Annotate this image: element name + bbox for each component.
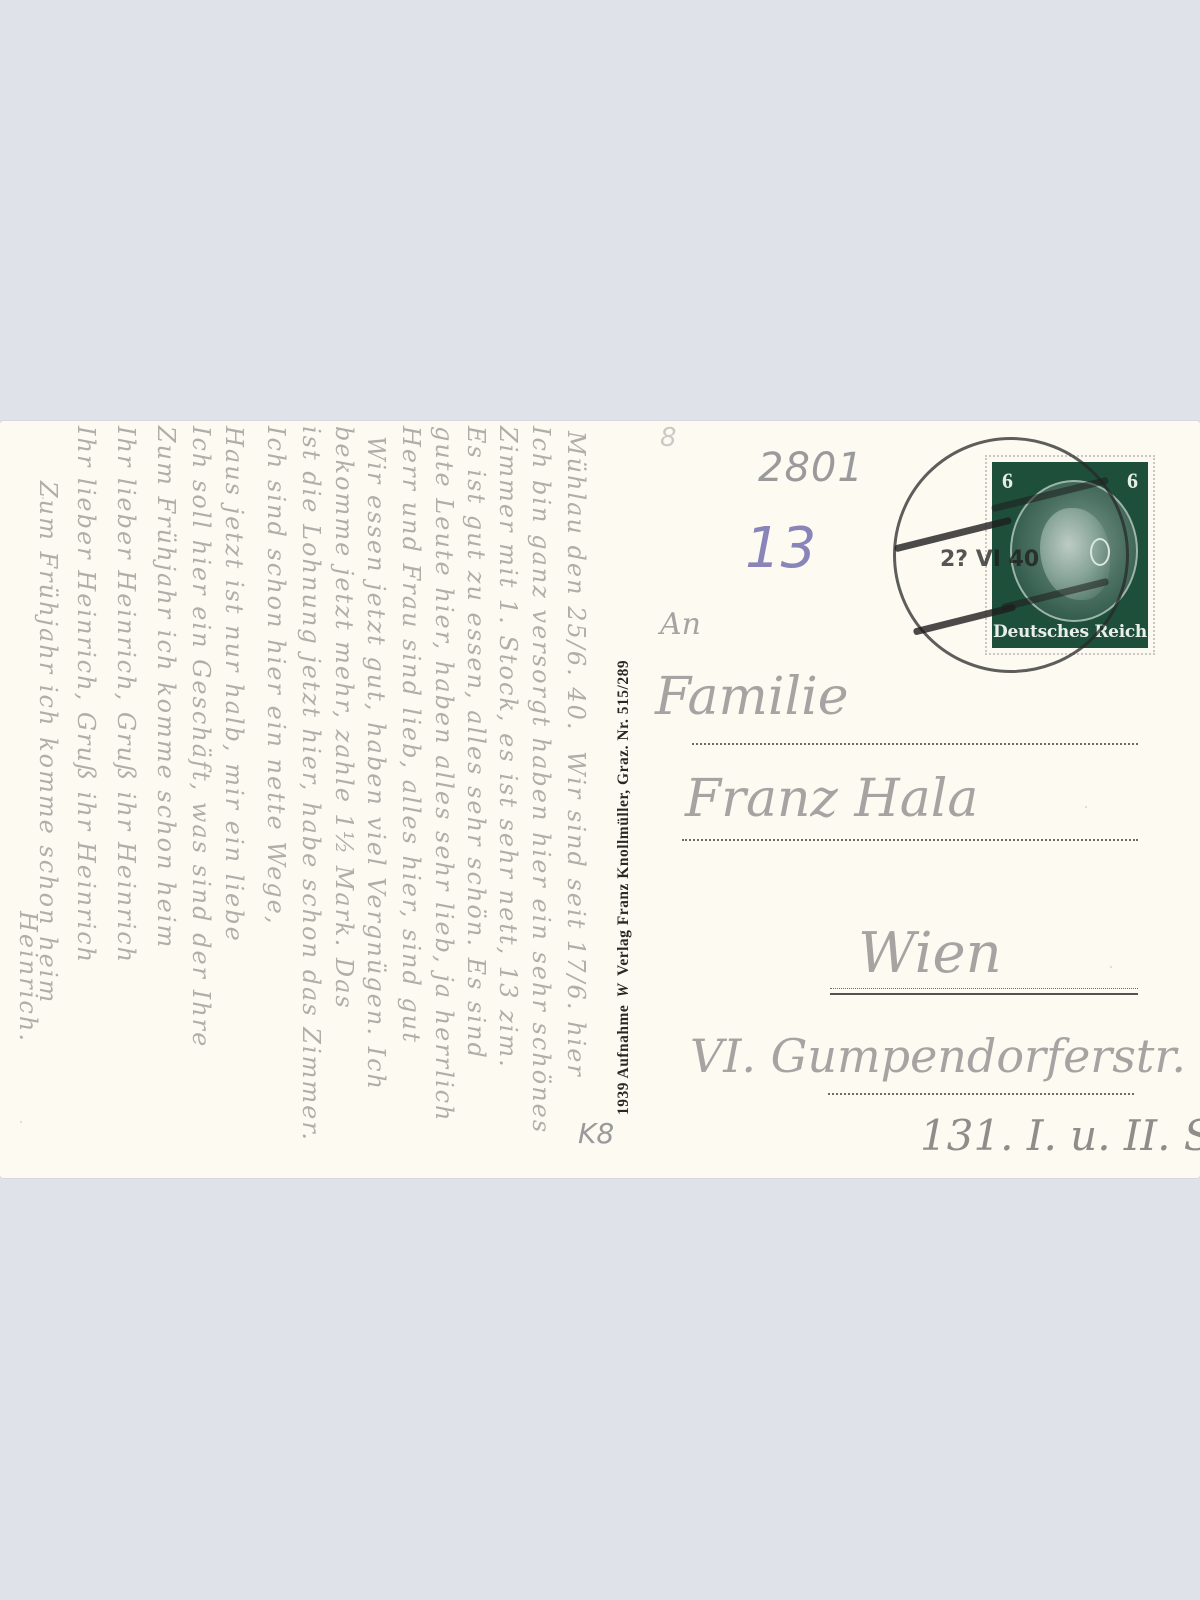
message-line: Ich bin ganz versorgt haben hier ein seh… [527, 426, 555, 1134]
archive-mark-code: K8 [578, 1117, 614, 1150]
message-line: Ich soll hier ein Geschäft, was sind der… [187, 426, 215, 1048]
publisher-logo-icon: W [615, 983, 632, 997]
message-line: bekomme jetzt mehr, zahle 1½ Mark. Das [330, 426, 358, 1010]
message-line: Wir essen jetzt gut, haben viel Vergnüge… [362, 436, 390, 1091]
stamp-value-left: 6 [1002, 468, 1013, 494]
message-line: Ich sind schon hier ein nette Wege, [262, 426, 290, 926]
address-prefix: An [660, 607, 701, 642]
message-signature: Heinrich. [14, 911, 42, 1043]
archive-mark-violet: 13 [745, 516, 816, 581]
paper-speck [1085, 806, 1087, 808]
archive-mark-small: 8 [660, 423, 677, 453]
address-number: 131. I. u. II. Stock [920, 1111, 1200, 1160]
archive-mark-number: 2801 [758, 445, 864, 491]
message-line: ist die Lohnung jetzt hier, habe schon d… [297, 426, 325, 1142]
address-line-1: Familie [655, 667, 849, 727]
message-place-date: Mühlau den 25/6. 40. [562, 431, 590, 732]
message-line: Es ist gut zu essen, alles sehr schön. E… [462, 426, 490, 1060]
address-dotted-line [828, 1093, 1134, 1095]
stamp-label: Deutsches Reich [992, 622, 1148, 642]
postmark-date: 2? VI 40 [940, 547, 1039, 572]
message-line: Zum Frühjahr ich komme schon heim [152, 426, 180, 949]
address-dotted-line [682, 839, 1138, 841]
portrait-ear-icon [1090, 538, 1110, 566]
message-line: gute Leute hier, haben alles sehr lieb, … [430, 426, 458, 1123]
imprint-label: Aufnahme [615, 1005, 632, 1079]
imprint-publisher: Verlag Franz Knollmüller, Graz. [615, 745, 632, 976]
address-dotted-line [692, 743, 1138, 745]
address-line-2: Franz Hala [685, 769, 978, 829]
address-street: VI. Gumpendorferstr. [690, 1029, 1186, 1083]
message-line: Ihr lieber Heinrich, Gruß ihr Heinrich [112, 426, 140, 964]
address-city-underline [830, 993, 1138, 995]
message-line: Wir sind seit 17/6. hier [562, 751, 590, 1078]
address-city: Wien [858, 921, 1002, 986]
imprint-year: 1939 [615, 1082, 632, 1115]
address-dotted-line [830, 988, 1138, 989]
message-line: Zimmer mit 1. Stock, es ist sehr nett, 1… [494, 426, 522, 1069]
message-line: Ihr lieber Heinrich, Gruß ihr Heinrich [72, 426, 100, 964]
stamp-value-right: 6 [1127, 468, 1138, 494]
publisher-imprint: 1939 Aufnahme W Verlag Franz Knollmüller… [615, 660, 633, 1115]
postcard-back: Mühlau den 25/6. 40. Wir sind seit 17/6.… [0, 421, 1200, 1178]
message-line: Haus jetzt ist nur halb, mir ein liebe [220, 426, 248, 943]
message-line: Herr und Frau sind lieb, alles hier, sin… [397, 426, 425, 1044]
paper-speck [1110, 966, 1112, 968]
paper-speck [20, 1121, 22, 1123]
imprint-number: Nr. 515/289 [615, 660, 632, 741]
